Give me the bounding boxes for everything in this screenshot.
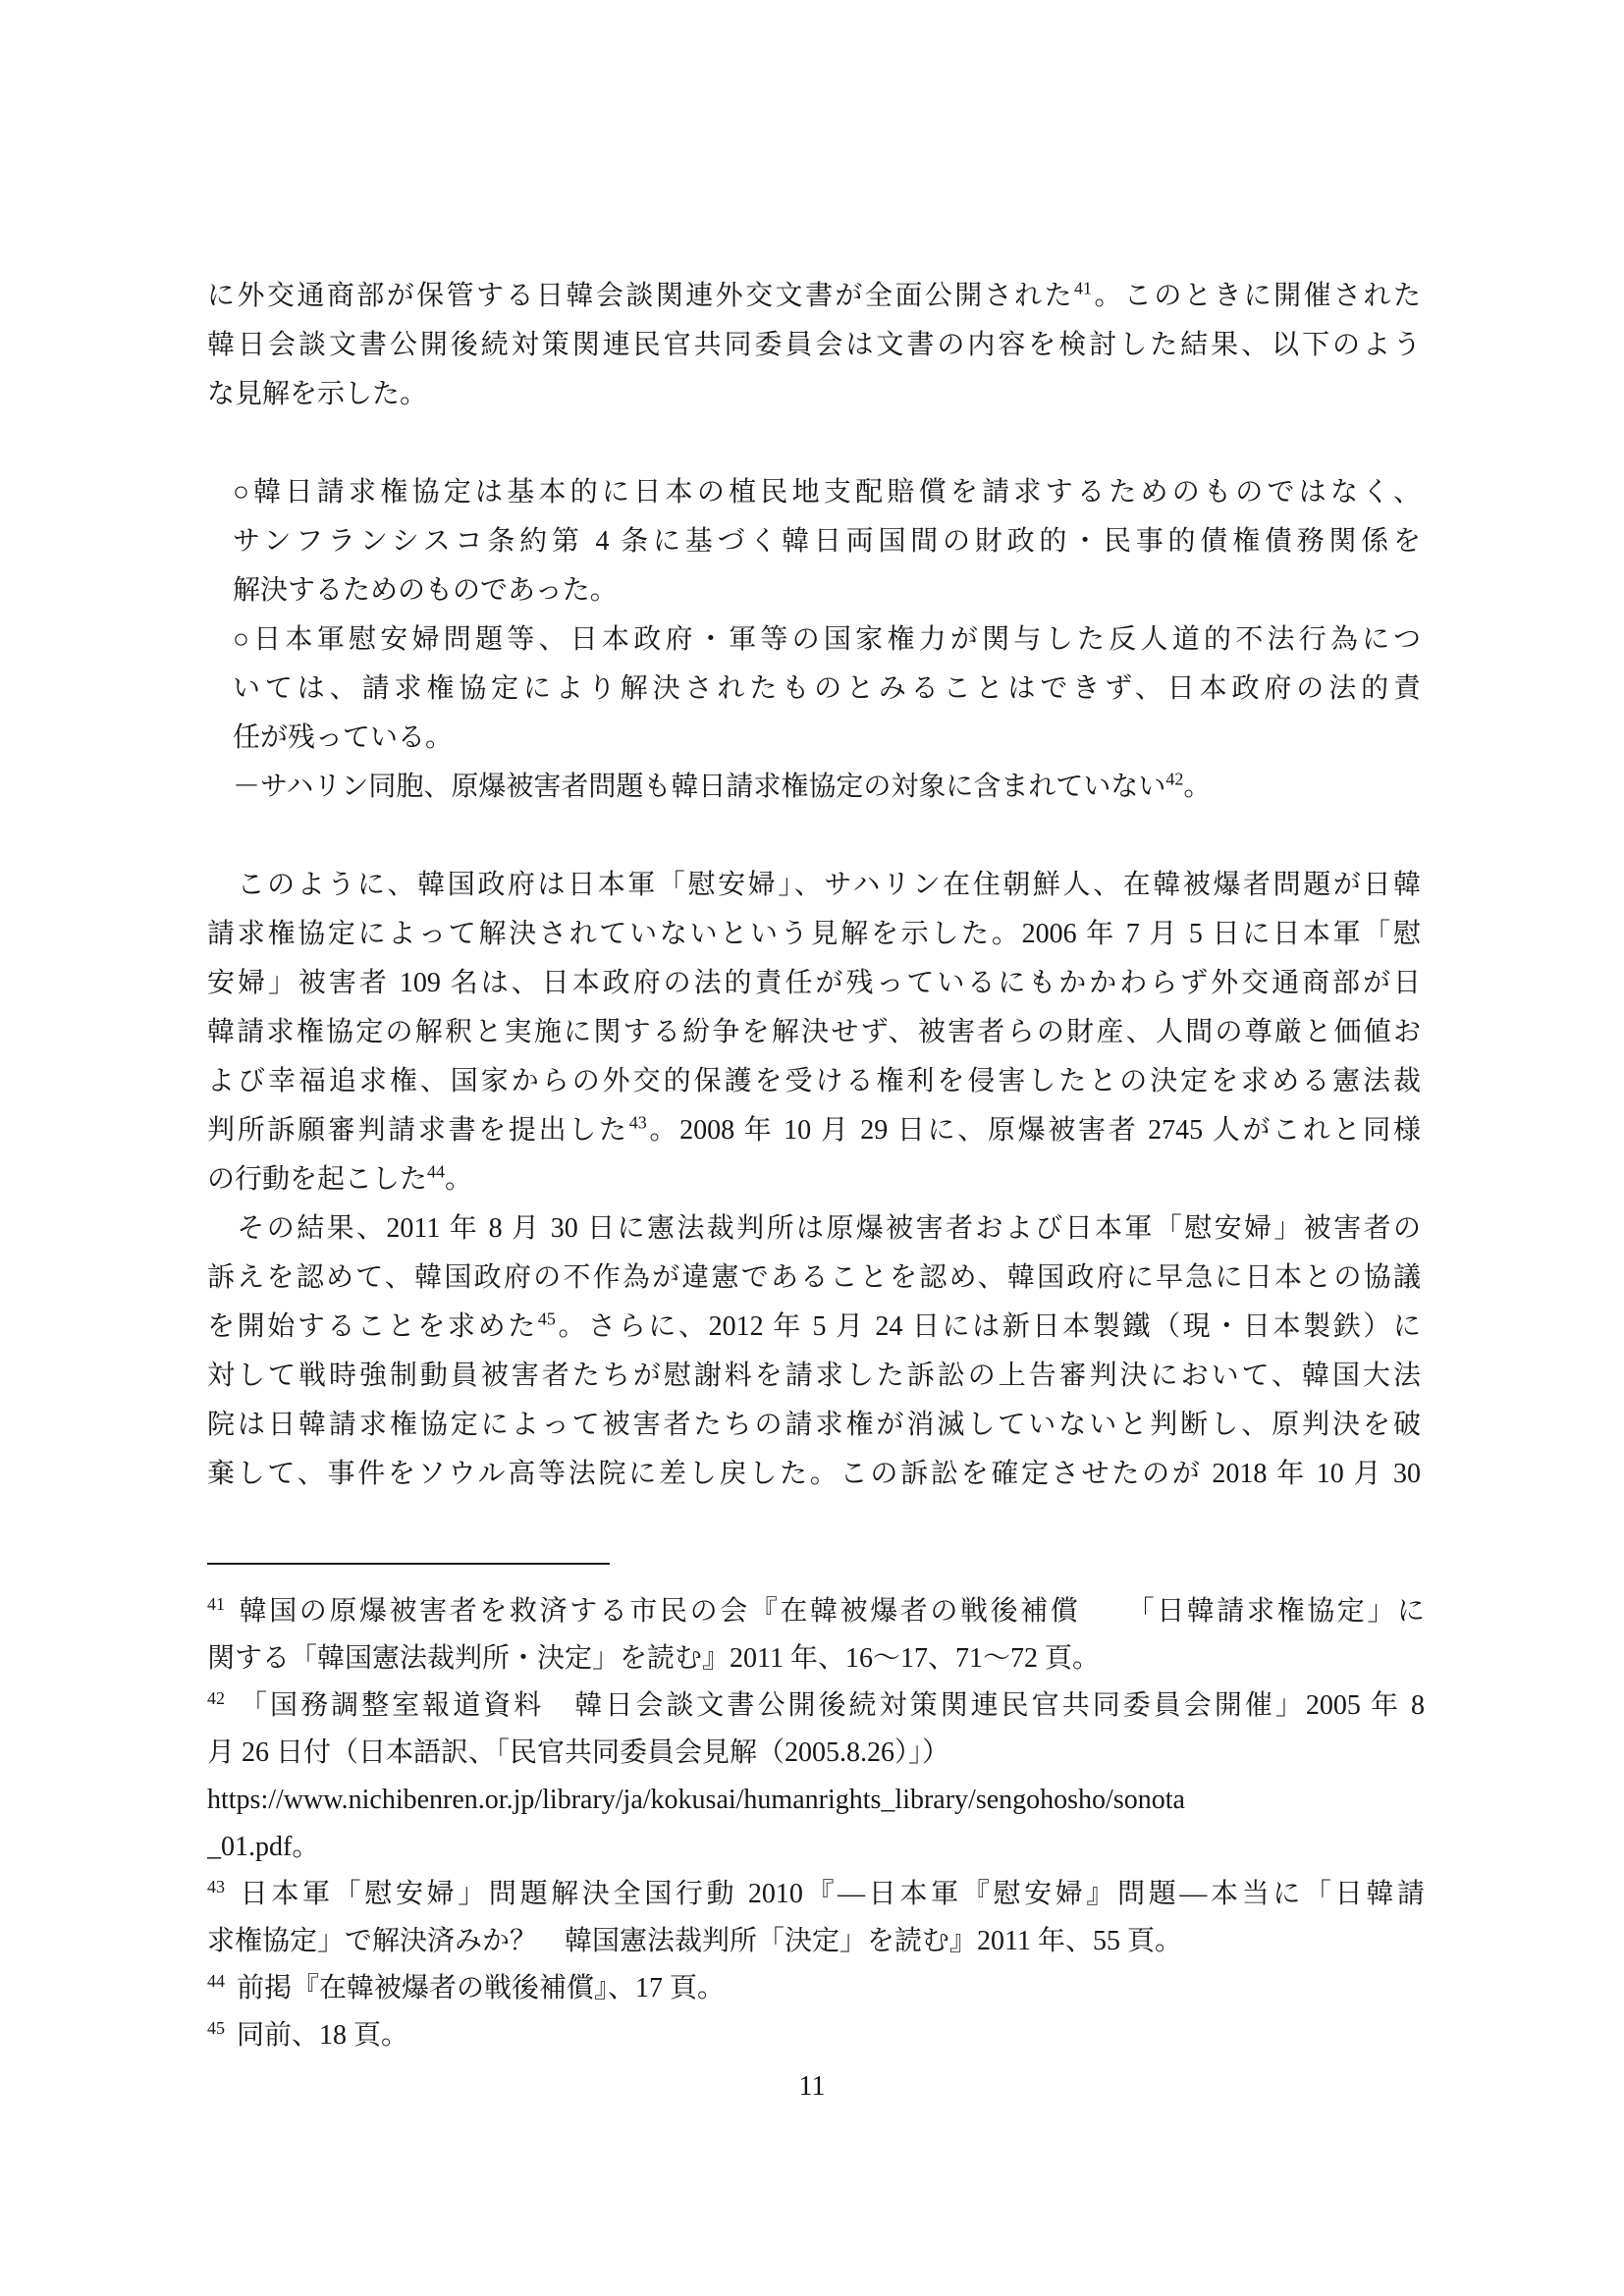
footnote-number-42: 42 (207, 1688, 225, 1708)
text-line: を開始することを求めた45。さらに、2012 年 5 月 24 日には新日本製鐵… (207, 1303, 1421, 1352)
text-line: 棄して、事件をソウル高等法院に差し戻した。この訴訟を確定させたのが 2018 年… (207, 1450, 1421, 1499)
footnote-line: _01.pdf。 (207, 1824, 1425, 1871)
footnote-number-43: 43 (207, 1877, 225, 1896)
line-text: 判所訴願審判請求書を提出した (207, 1115, 629, 1146)
text-line: 韓日会談文書公開後続対策関連民官共同委員会は文書の内容を検討した結果、以下のよう (207, 321, 1421, 370)
footnote-line: 求権協定」で解決済みか？ 韓国憲法裁判所「決定」を読む』2011 年、55 頁。 (207, 1918, 1425, 1965)
text-line: の行動を起こした44。 (207, 1155, 1421, 1204)
line-text: 。さらに、2012 年 5 月 24 日には新日本製鐵（現・日本製鉄）に (556, 1311, 1421, 1342)
line-text: に外交通商部が保管する日韓会談関連外交文書が全面公開された (207, 281, 1074, 311)
text-line: よび幸福追求権、国家からの外交的保護を受ける権利を侵害したとの決定を求める憲法裁 (207, 1057, 1421, 1106)
page-number: 11 (0, 2063, 1624, 2110)
footnote-ref-45: 45 (538, 1309, 556, 1329)
footnote-line: 関する「韓国憲法裁判所・決定」を読む』2011 年、16～17、71～72 頁。 (207, 1635, 1425, 1682)
text-line: いては、請求権協定により解決されたものとみることはできず、日本政府の法的責 (233, 665, 1421, 714)
text-line: ○韓日請求権協定は基本的に日本の植民地支配賠償を請求するためのものではなく、 (233, 468, 1421, 517)
line-text: の行動を起こした (207, 1164, 427, 1195)
text-line: 解決するためのものであった。 (233, 566, 1421, 615)
footnote-ref-41: 41 (1074, 279, 1092, 298)
footnote-line: 月 26 日付（日本語訳、「民官共同委員会見解（2005.8.26）」） (207, 1730, 1425, 1777)
footnote-42: 42「国務調整室報道資料 韓日会談文書公開後続対策関連民官共同委員会開催」200… (207, 1682, 1425, 1871)
text-line: －サハリン同胞、原爆被害者問題も韓日請求権協定の対象に含まれていない42。 (233, 763, 1421, 812)
text-line: な見解を示した。 (207, 370, 1421, 419)
line-text: －サハリン同胞、原爆被害者問題も韓日請求権協定の対象に含まれていない (233, 772, 1165, 802)
footnote-ref-43: 43 (629, 1113, 647, 1133)
blank-line (207, 419, 1421, 468)
footnote-41: 41韓国の原爆被害者を救済する市民の会『在韓被爆者の戦後補償 「日韓請求権協定」… (207, 1588, 1425, 1682)
line-text: を開始することを求めた (207, 1311, 538, 1342)
footnote-number-45: 45 (207, 2018, 225, 2038)
text-line: 対して戦時強制動員被害者たちが慰謝料を請求した訴訟の上告審判決において、韓国大法 (207, 1352, 1421, 1401)
footnote-number-44: 44 (207, 1971, 225, 1991)
footnote-ref-42: 42 (1165, 770, 1183, 789)
footnote-text: 同前、18 頁。 (237, 2020, 408, 2051)
footnote-line: 42「国務調整室報道資料 韓日会談文書公開後続対策関連民官共同委員会開催」200… (207, 1682, 1425, 1730)
footnote-45: 45同前、18 頁。 (207, 2012, 1425, 2059)
paragraph-1: に外交通商部が保管する日韓会談関連外交文書が全面公開された41。このときに開催さ… (207, 272, 1421, 419)
footnote-43: 43日本軍「慰安婦」問題解決全国行動 2010『―日本軍『慰安婦』問題―本当に「… (207, 1871, 1425, 1965)
footnotes-section: 41韓国の原爆被害者を救済する市民の会『在韓被爆者の戦後補償 「日韓請求権協定」… (207, 1563, 1425, 2059)
document-page: に外交通商部が保管する日韓会談関連外交文書が全面公開された41。このときに開催さ… (0, 0, 1624, 2296)
footnote-text: 韓国の原爆被害者を救済する市民の会『在韓被爆者の戦後補償 「日韓請求権協定」に (237, 1596, 1425, 1627)
footnote-ref-44: 44 (427, 1162, 445, 1182)
paragraph-2: このように、韓国政府は日本軍「慰安婦」、サハリン在住朝鮮人、在韓被爆者問題が日韓… (207, 861, 1421, 1204)
footnote-text: 日本軍「慰安婦」問題解決全国行動 2010『―日本軍『慰安婦』問題―本当に「日韓… (237, 1879, 1425, 1909)
footnote-line: 43日本軍「慰安婦」問題解決全国行動 2010『―日本軍『慰安婦』問題―本当に「… (207, 1871, 1425, 1918)
footnote-44: 44前掲『在韓被爆者の戦後補償』、17 頁。 (207, 1965, 1425, 2012)
text-line: ○日本軍慰安婦問題等、日本政府・軍等の国家権力が関与した反人道的不法行為につ (233, 615, 1421, 665)
body-text: に外交通商部が保管する日韓会談関連外交文書が全面公開された41。このときに開催さ… (207, 272, 1421, 1499)
line-text: 。このときに開催された (1092, 281, 1421, 311)
paragraph-3: その結果、2011 年 8 月 30 日に憲法裁判所は原爆被害者および日本軍「慰… (207, 1204, 1421, 1499)
footnote-text: 「国務調整室報道資料 韓日会談文書公開後続対策関連民官共同委員会開催」2005 … (237, 1690, 1425, 1721)
blank-line (207, 812, 1421, 861)
footnote-line: 45同前、18 頁。 (207, 2012, 1425, 2059)
text-line: 請求権協定によって解決されていないという見解を示した。2006 年 7 月 5 … (207, 910, 1421, 959)
line-text: 。 (1183, 772, 1211, 802)
text-line: 韓請求権協定の解釈と実施に関する紛争を解決せず、被害者らの財産、人間の尊厳と価値… (207, 1008, 1421, 1057)
footnote-url-link[interactable]: https://www.nichibenren.or.jp/library/ja… (207, 1777, 1425, 1824)
text-line: 訴えを認めて、韓国政府の不作為が違憲であることを認め、韓国政府に早急に日本との協… (207, 1254, 1421, 1303)
footnote-number-41: 41 (207, 1594, 225, 1614)
text-line: 院は日韓請求権協定によって被害者たちの請求権が消滅していないと判断し、原判決を破 (207, 1401, 1421, 1450)
footnote-text: 前掲『在韓被爆者の戦後補償』、17 頁。 (237, 1973, 725, 2003)
text-line: に外交通商部が保管する日韓会談関連外交文書が全面公開された41。このときに開催さ… (207, 272, 1421, 321)
text-line: 任が残っている。 (233, 714, 1421, 763)
line-text: 。 (445, 1164, 472, 1195)
line-text: 。2008 年 10 月 29 日に、原爆被害者 2745 人がこれと同様 (647, 1115, 1421, 1146)
text-line: その結果、2011 年 8 月 30 日に憲法裁判所は原爆被害者および日本軍「慰… (207, 1204, 1421, 1254)
text-line: このように、韓国政府は日本軍「慰安婦」、サハリン在住朝鮮人、在韓被爆者問題が日韓 (207, 861, 1421, 910)
text-line: サンフランシスコ条約第 4 条に基づく韓日両国間の財政的・民事的債権債務関係を (233, 517, 1421, 566)
footnote-separator (207, 1563, 610, 1565)
quoted-findings-block: ○韓日請求権協定は基本的に日本の植民地支配賠償を請求するためのものではなく、 サ… (207, 468, 1421, 812)
text-line: 判所訴願審判請求書を提出した43。2008 年 10 月 29 日に、原爆被害者… (207, 1106, 1421, 1155)
text-line: 安婦」被害者 109 名は、日本政府の法的責任が残っているにもかかわらず外交通商… (207, 959, 1421, 1008)
footnote-line: 41韓国の原爆被害者を救済する市民の会『在韓被爆者の戦後補償 「日韓請求権協定」… (207, 1588, 1425, 1635)
footnote-line: 44前掲『在韓被爆者の戦後補償』、17 頁。 (207, 1965, 1425, 2012)
